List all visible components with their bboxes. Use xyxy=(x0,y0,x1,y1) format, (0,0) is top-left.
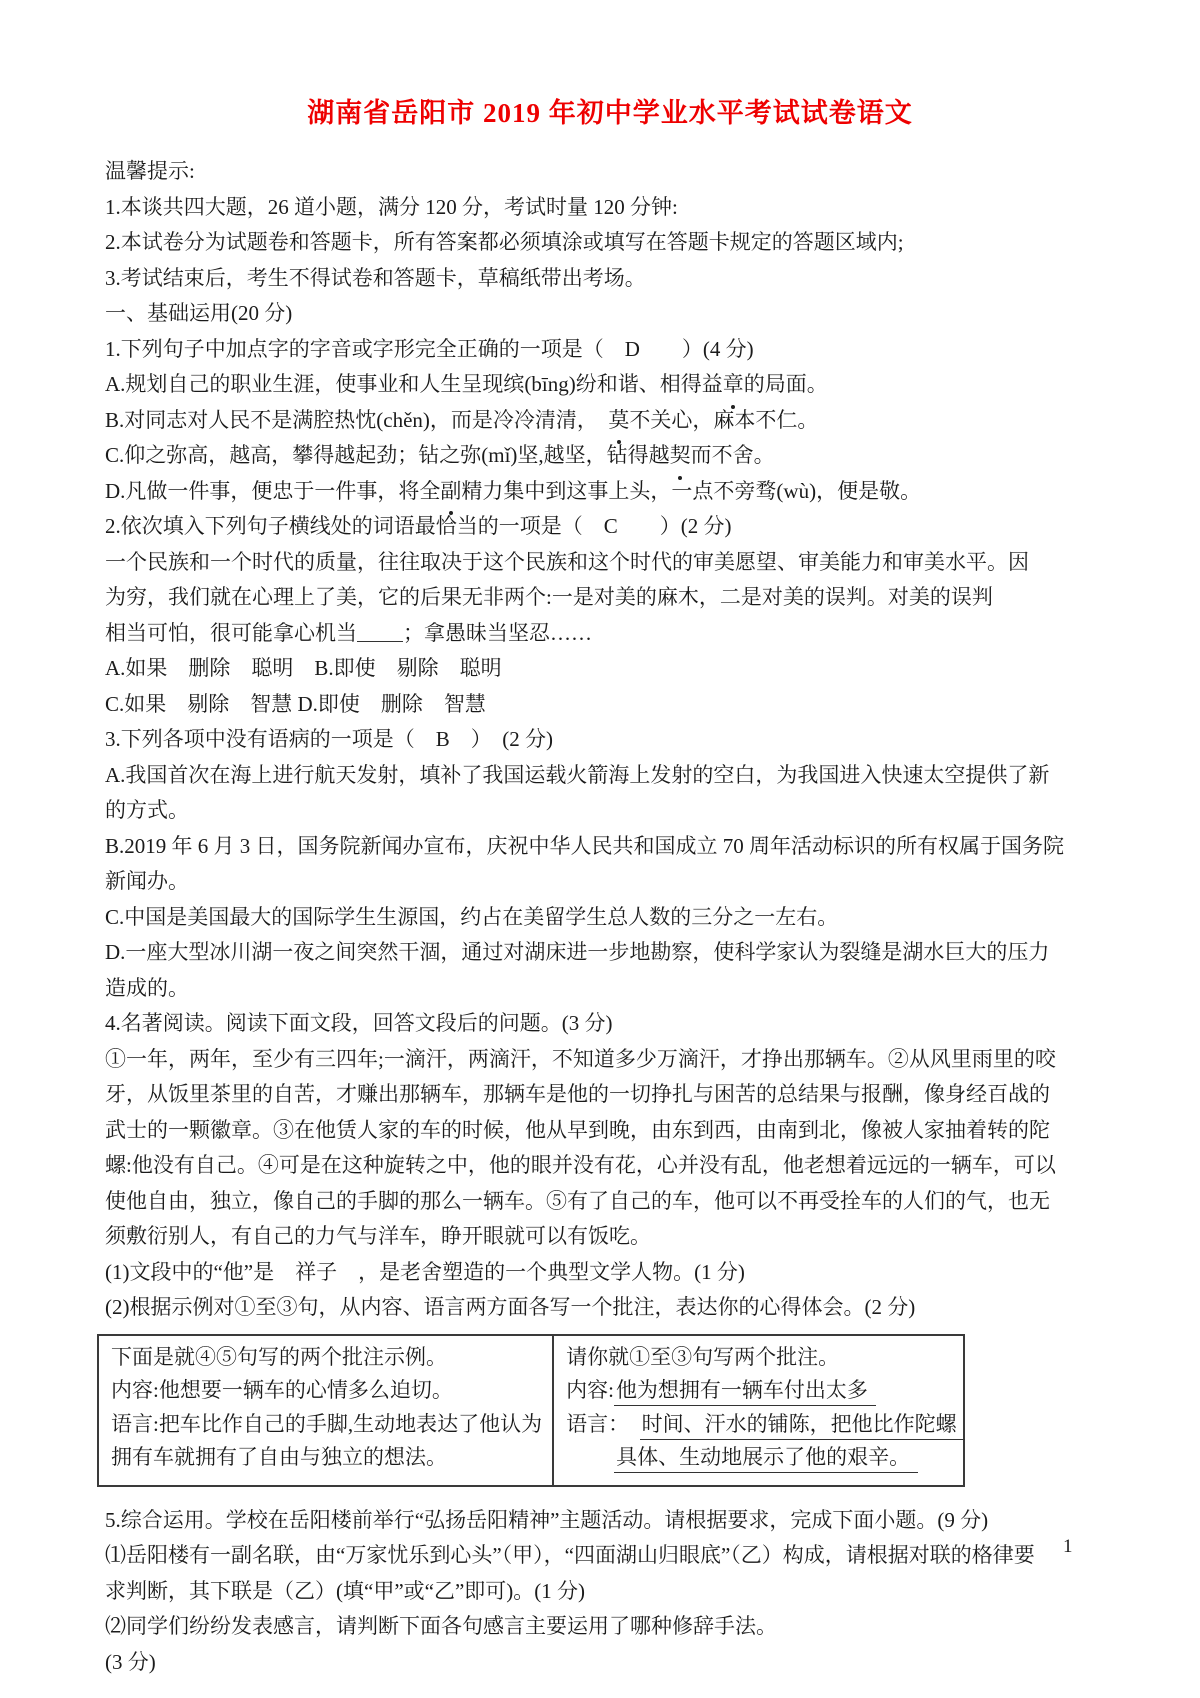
q2-options-cd: C.如果 剔除 智慧 D.即使 删除 智慧 xyxy=(105,687,1115,723)
q4-passage-line-3: 武士的一颗徽章。③在他赁人家的车的时候，他从早到晚，由东到西，由南到北，像被人家… xyxy=(105,1113,1115,1149)
annotation-right-heading: 请你就①至③句写两个批注。 xyxy=(566,1341,965,1375)
annotation-table-right-cell: 请你就①至③句写两个批注。 内容:他为想拥有一辆车付出太多 语言： 时间、汗水的… xyxy=(554,1336,975,1485)
text-segment: C.仰之弥高，越高，攀得越起劲；钻之弥(mǐ)坚,越坚，钻得越 xyxy=(105,443,670,467)
handwritten-answer-content: 他为想拥有一辆车付出太多 xyxy=(614,1377,876,1406)
q5-sub2-score: (3 分) xyxy=(105,1645,1115,1681)
annotation-right-language-1: 语言： 时间、汗水的铺陈，把他比作陀螺 xyxy=(566,1408,965,1442)
q4-sub1: (1)文段中的“他”是 祥子 ，是老舍塑造的一个典型文学人物。(1 分) xyxy=(105,1255,1115,1291)
content-label: 内容: xyxy=(566,1378,614,1402)
q3-option-d-line-1: D.一座大型冰川湖一夜之间突然干涸，通过对湖床进一步地勘察，使科学家认为裂缝是湖… xyxy=(105,935,1115,971)
q2-passage-line-3: 相当可怕，很可能拿心机当；拿愚昧当坚忍…… xyxy=(105,616,1115,652)
handwritten-answer-language-1: 时间、汗水的铺陈，把他比作陀螺 xyxy=(640,1411,965,1440)
q3-option-b-line-2: 新闻办。 xyxy=(105,864,1115,900)
q2-passage-line-1: 一个民族和一个时代的质量，往往取决于这个民族和这个时代的审美愿望、审美能力和审美… xyxy=(105,545,1115,581)
text-segment: A.规划自己的职业生涯，使事业和人生呈现缤(bīng)纷和谐、相得益 xyxy=(105,372,723,396)
notice-heading: 温馨提示: xyxy=(105,154,1115,190)
q4-passage-line-4: 螺:他没有自己。④可是在这种旋转之中，他的眼并没有花，心并没有乱，他老想着远远的… xyxy=(105,1148,1115,1184)
text-segment: D.凡做一件事，便忠于一件事，将全 xyxy=(105,479,440,503)
section1-heading: 一、基础运用(20 分) xyxy=(105,296,1115,332)
text-segment: ；拿愚昧当坚忍…… xyxy=(403,621,592,645)
annotation-table-left-cell: 下面是就④⑤句写的两个批注示例。 内容:他想要一辆车的心情多么迫切。 语言:把车… xyxy=(99,1336,554,1485)
fill-in-blank-underline xyxy=(357,625,403,642)
emphasis-dot-char: 章 xyxy=(723,367,744,403)
exam-title: 湖南省岳阳市 2019 年初中学业水平考试试卷语文 xyxy=(105,96,1115,130)
q4-passage-line-2: 牙，从饭里茶里的自苦，才赚出那辆车，那辆车是他的一切挣扎与困苦的总结果与报酬，像… xyxy=(105,1077,1115,1113)
text-segment: 不关心，麻本不仁。 xyxy=(629,408,818,432)
exam-body: 湖南省岳阳市 2019 年初中学业水平考试试卷语文 温馨提示: 1.本谈共四大题… xyxy=(105,96,1115,1680)
q4-passage-line-1: ①一年，两年，至少有三四年;一滴汗，两滴汗，不知道多少万滴汗，才挣出那辆车。②从… xyxy=(105,1042,1115,1078)
q5-sub1-line-1: ⑴岳阳楼有一副名联，由“万家忧乐到心头”（甲），“四面湖山归眼底”（乙）构成，请… xyxy=(105,1538,1115,1574)
q1-option-b: B.对同志对人民不是满腔热忱(chěn)，而是冷冷清清， 莫不关心，麻本不仁。 xyxy=(105,403,1115,439)
q2-passage-line-2: 为穷，我们就在心理上了美，它的后果无非两个:一是对美的麻木，二是对美的误判。对美… xyxy=(105,580,1115,616)
page-number: 1 xyxy=(1063,1536,1073,1558)
q1-option-a: A.规划自己的职业生涯，使事业和人生呈现缤(bīng)纷和谐、相得益章的局面。 xyxy=(105,367,1115,403)
emphasis-dot-char: 契 xyxy=(670,438,691,474)
notice-line-1: 1.本谈共四大题，26 道小题，满分 120 分，考试时量 120 分钟: xyxy=(105,190,1115,226)
annotation-left-heading: 下面是就④⑤句写的两个批注示例。 xyxy=(111,1341,542,1375)
q1-option-d: D.凡做一件事，便忠于一件事，将全副精力集中到这事上头，一点不旁骛(wù)，便是… xyxy=(105,474,1115,510)
q4-passage-line-6: 须敷衍别人，有自己的力气与洋车，睁开眼就可以有饭吃。 xyxy=(105,1219,1115,1255)
text-segment: 的局面。 xyxy=(744,372,828,396)
q3-option-b-line-1: B.2019 年 6 月 3 日，国务院新闻办宣布，庆祝中华人民共和国成立 70… xyxy=(105,829,1115,865)
text-segment: 相当可怕，很可能拿心机当 xyxy=(105,621,357,645)
q4-sub2: (2)根据示例对①至③句，从内容、语言两方面各写一个批注，表达你的心得体会。(2… xyxy=(105,1290,1115,1326)
annotation-right-content: 内容:他为想拥有一辆车付出太多 xyxy=(566,1374,965,1408)
q3-stem: 3.下列各项中没有语病的一项是（ B ） (2 分) xyxy=(105,722,1115,758)
q5-sub1-line-2: 求判断，其下联是（乙）(填“甲”或“乙”即可)。(1 分) xyxy=(105,1574,1115,1610)
q2-options-ab: A.如果 删除 聪明 B.即使 剔除 聪明 xyxy=(105,651,1115,687)
text-segment: B.对同志对人民不是满腔热忱(chěn)，而是冷冷清清， xyxy=(105,408,608,432)
q3-option-d-line-2: 造成的。 xyxy=(105,971,1115,1007)
text-segment: 而不舍。 xyxy=(691,443,775,467)
annotation-left-content: 内容:他想要一辆车的心情多么迫切。 xyxy=(111,1374,542,1408)
handwritten-answer-language-2: 具体、生动地展示了他的艰辛。 xyxy=(614,1444,918,1473)
q5-stem: 5.综合运用。学校在岳阳楼前举行“弘扬岳阳精神”主题活动。请根据要求，完成下面小… xyxy=(105,1503,1115,1539)
q4-stem: 4.名著阅读。阅读下面文段，回答文段后的问题。(3 分) xyxy=(105,1006,1115,1042)
annotation-left-language-2: 拥有车就拥有了自由与独立的想法。 xyxy=(111,1441,542,1475)
q4-passage-line-5: 使他自由，独立，像自己的手脚的那么一辆车。⑤有了自己的车，他可以不再受拴车的人们… xyxy=(105,1184,1115,1220)
exam-page: 湖南省岳阳市 2019 年初中学业水平考试试卷语文 温馨提示: 1.本谈共四大题… xyxy=(0,0,1200,1698)
emphasis-dot-char: 莫 xyxy=(608,403,629,439)
q5-sub2: ⑵同学们纷纷发表感言，请判断下面各句感言主要运用了哪种修辞手法。 xyxy=(105,1609,1115,1645)
language-label: 语言： xyxy=(566,1412,619,1436)
q3-option-c: C.中国是美国最大的国际学生生源国，约占在美留学生总人数的三分之一左右。 xyxy=(105,900,1115,936)
annotation-left-language-1: 语言:把车比作自己的手脚,生动地表达了他认为 xyxy=(111,1408,542,1442)
notice-line-2: 2.本试卷分为试题卷和答题卡，所有答案都必须填涂或填写在答题卡规定的答题区域内; xyxy=(105,225,1115,261)
q3-option-a-line-1: A.我国首次在海上进行航天发射，填补了我国运载火箭海上发射的空白，为我国进入快速… xyxy=(105,758,1115,794)
emphasis-dot-char: 副 xyxy=(440,474,461,510)
q2-stem: 2.依次填入下列句子横线处的词语最恰当的一项是（ C ）(2 分) xyxy=(105,509,1115,545)
annotation-right-language-2: 具体、生动地展示了他的艰辛。 xyxy=(566,1441,965,1475)
text-segment: 精力集中到这事上头，一点不旁骛(wù)，便是敬。 xyxy=(461,479,921,503)
annotation-example-table: 下面是就④⑤句写的两个批注示例。 内容:他想要一辆车的心情多么迫切。 语言:把车… xyxy=(97,1334,965,1487)
notice-line-3: 3.考试结束后，考生不得试卷和答题卡，草稿纸带出考场。 xyxy=(105,261,1115,297)
q1-stem: 1.下列句子中加点字的字音或字形完全正确的一项是（ D ）(4 分) xyxy=(105,332,1115,368)
q1-option-c: C.仰之弥高，越高，攀得越起劲；钻之弥(mǐ)坚,越坚，钻得越契而不舍。 xyxy=(105,438,1115,474)
q3-option-a-line-2: 的方式。 xyxy=(105,793,1115,829)
